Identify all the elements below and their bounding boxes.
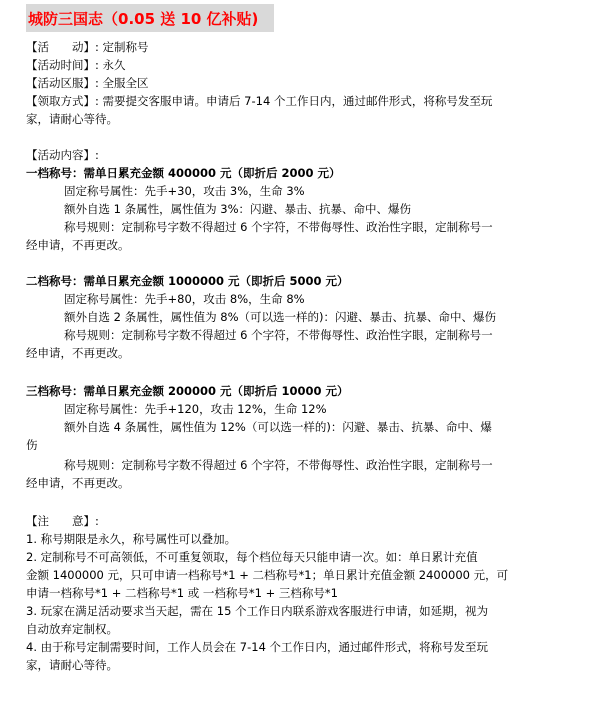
note-3-wrap: 自动放弃定制权。 <box>26 620 118 638</box>
content-heading: 【活动内容】: <box>26 146 99 164</box>
tier1-fixed-attr: 固定称号属性：先手+30，攻击 3%，生命 3% <box>64 182 305 200</box>
tier1-heading: 一档称号：需单日累充金额 400000 元（即折后 2000 元） <box>26 164 341 182</box>
tier1-rule: 称号规则：定制称号字数不得超过 6 个字符，不带侮辱性、政治性字眼，定制称号一 <box>64 218 493 236</box>
tier3-rule: 称号规则：定制称号字数不得超过 6 个字符，不带侮辱性、政治性字眼，定制称号一 <box>64 456 493 474</box>
tier3-fixed-attr: 固定称号属性：先手+120，攻击 12%，生命 12% <box>64 400 327 418</box>
tier1-rule-wrap: 经申请，不再更改。 <box>26 236 130 254</box>
note-2-wrap-1: 金额 1400000 元，只可申请一档称号*1 + 二档称号*1；单日累计充值金… <box>26 566 508 584</box>
tier2-heading: 二档称号：需单日累充金额 1000000 元（即折后 5000 元） <box>26 272 349 290</box>
tier2-extra-attr: 额外自选 2 条属性，属性值为 8%（可以选一样的)：闪避、暴击、抗暴、命中、爆… <box>64 308 496 326</box>
notes-heading: 【注 意】: <box>26 512 99 530</box>
tier1-extra-attr: 额外自选 1 条属性，属性值为 3%：闪避、暴击、抗暴、命中、爆伤 <box>64 200 411 218</box>
note-2-wrap-2: 申请一档称号*1 + 二档称号*1 或 一档称号*1 + 三档称号*1 <box>26 584 338 602</box>
info-activity: 【活 动】: 定制称号 <box>26 38 149 56</box>
tier2-fixed-attr: 固定称号属性：先手+80，攻击 8%，生命 8% <box>64 290 305 308</box>
tier3-extra-attr-wrap: 伤 <box>26 436 38 454</box>
tier2-rule: 称号规则：定制称号字数不得超过 6 个字符，不带侮辱性、政治性字眼，定制称号一 <box>64 326 493 344</box>
note-4: 4. 由于称号定制需要时间，工作人员会在 7-14 个工作日内，通过邮件形式，将… <box>26 638 488 656</box>
tier3-rule-wrap: 经申请，不再更改。 <box>26 474 130 492</box>
tier2-rule-wrap: 经申请，不再更改。 <box>26 344 130 362</box>
info-server: 【活动区服】: 全服全区 <box>26 74 149 92</box>
info-claim-method-wrap: 家，请耐心等待。 <box>26 110 118 128</box>
note-3: 3. 玩家在满足活动要求当天起，需在 15 个工作日内联系游戏客服进行申请，如延… <box>26 602 488 620</box>
note-2: 2. 定制称号不可高领低，不可重复领取，每个档位每天只能申请一次。如：单日累计充… <box>26 548 478 566</box>
tier3-heading: 三档称号：需单日累充金额 200000 元（即折后 10000 元） <box>26 382 349 400</box>
info-time: 【活动时间】: 永久 <box>26 56 126 74</box>
note-1: 1. 称号期限是永久，称号属性可以叠加。 <box>26 530 236 548</box>
tier3-extra-attr: 额外自选 4 条属性，属性值为 12%（可以选一样的)：闪避、暴击、抗暴、命中、… <box>64 418 492 436</box>
info-claim-method: 【领取方式】: 需要提交客服申请。申请后 7-14 个工作日内，通过邮件形式，将… <box>26 92 492 110</box>
document-title: 城防三国志（0.05 送 10 亿补贴) <box>28 8 258 29</box>
note-4-wrap: 家，请耐心等待。 <box>26 656 118 674</box>
